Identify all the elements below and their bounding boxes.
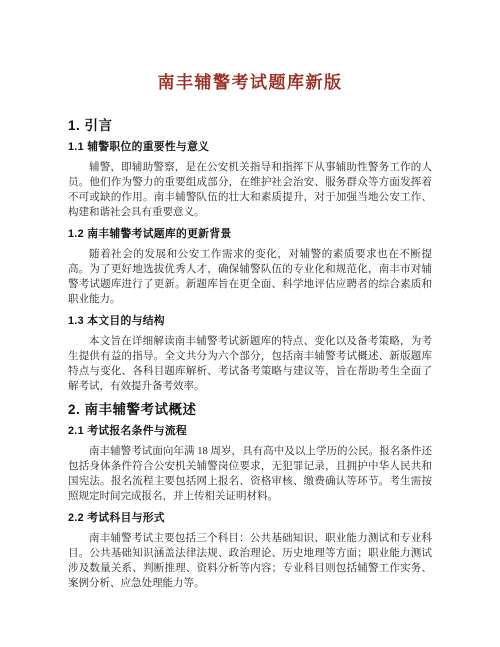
subsection-heading-1-2: 1.2 南丰辅警考试题库的更新背景 (68, 227, 432, 242)
paragraph-1-1: 辅警，即辅助警察，是在公安机关指导和指挥下从事辅助性警务工作的人员。他们作为警力… (68, 160, 432, 220)
section-heading-introduction: 1. 引言 (68, 117, 432, 135)
paragraph-1-2: 随着社会的发展和公安工作需求的变化，对辅警的素质要求也在不断提高。为了更好地选拔… (68, 247, 432, 307)
subsection-heading-1-1: 1.1 辅警职位的重要性与意义 (68, 140, 432, 155)
paragraph-2-2: 南丰辅警考试主要包括三个科目：公共基础知识、职业能力测试和专业科目。公共基础知识… (68, 531, 432, 591)
subsection-heading-1-3: 1.3 本文目的与结构 (68, 314, 432, 329)
document-page: 南丰辅警考试题库新版 1. 引言 1.1 辅警职位的重要性与意义 辅警，即辅助警… (0, 0, 500, 647)
subsection-heading-2-1: 2.1 考试报名条件与流程 (68, 424, 432, 439)
subsection-heading-2-2: 2.2 考试科目与形式 (68, 511, 432, 526)
paragraph-2-1: 南丰辅警考试面向年满 18 周岁，具有高中及以上学历的公民。报名条件还包括身体条… (68, 444, 432, 504)
document-title: 南丰辅警考试题库新版 (68, 72, 432, 94)
paragraph-1-3: 本文旨在详细解读南丰辅警考试新题库的特点、变化以及备考策略，为考生提供有益的指导… (68, 334, 432, 394)
section-heading-exam-overview: 2. 南丰辅警考试概述 (68, 401, 432, 419)
